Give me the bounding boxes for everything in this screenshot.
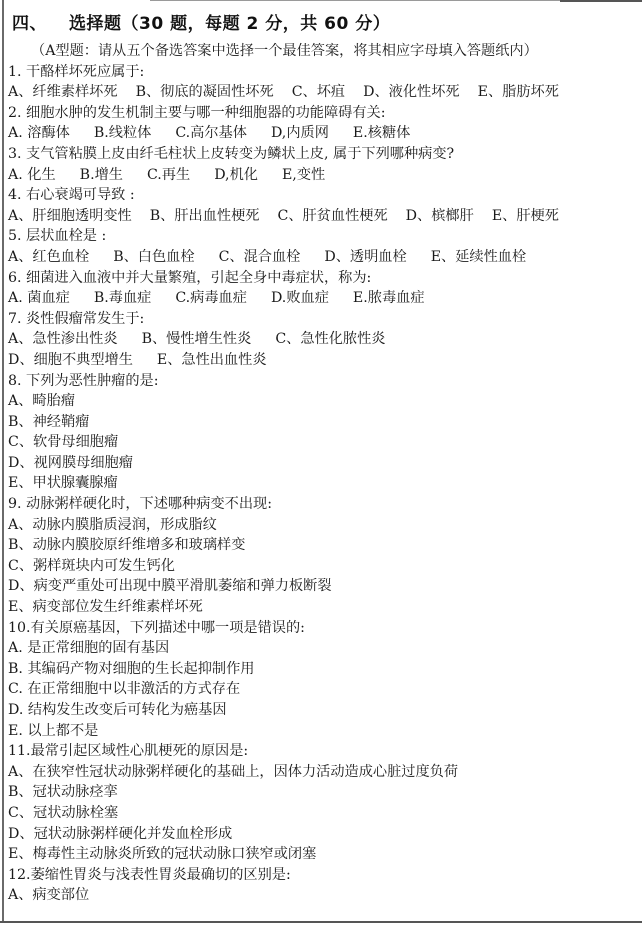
option-c: C. 在正常细胞中以非激活的方式存在 <box>8 679 638 700</box>
option-d: D,机化 <box>214 165 258 186</box>
option-row: A. 化生B.增生C.再生D,机化E,变性 <box>8 165 638 186</box>
option-d: D、视网膜母细胞瘤 <box>8 453 638 474</box>
option-c: C、急性化脓性炎 <box>275 329 385 350</box>
option-row: A、急性渗出性炎B、慢性增生性炎C、急性化脓性炎 <box>8 329 638 350</box>
option-e: E. 以上都不是 <box>8 721 638 742</box>
option-b: B.线粒体 <box>94 123 152 144</box>
option-b: B.毒血症 <box>94 288 152 309</box>
option-e: E、急性出血性炎 <box>157 350 267 371</box>
option-b: B、动脉内膜胶原纤维增多和玻璃样变 <box>8 535 638 556</box>
question-stem: 2. 细胞水肿的发生机制主要与哪一种细胞器的功能障碍有关: <box>8 103 638 124</box>
option-c: C.高尔基体 <box>175 123 247 144</box>
option-d: D、槟榔肝 <box>406 206 474 227</box>
question-stem: 11.最常引起区域性心肌梗死的原因是: <box>8 741 638 762</box>
section-heading: 四、选择题（30 题，每题 2 分，共 60 分） <box>12 9 390 34</box>
option-a: A. 化生 <box>8 165 56 186</box>
bottom-border-rule <box>0 921 642 923</box>
option-e: E、病变部位发生纤维素样坏死 <box>8 597 638 618</box>
option-c: C、混合血栓 <box>219 247 301 268</box>
option-row: A. 菌血症B.毒血症C.病毒血症D.败血症E.脓毒血症 <box>8 288 638 309</box>
question-stem: 4. 右心衰竭可导致 : <box>8 185 638 206</box>
option-row: A、纤维素样坏死B、彻底的凝固性坏死C、坏疽D、液化性坏死E、脂肪坏死 <box>8 82 638 103</box>
option-d: D.败血症 <box>271 288 329 309</box>
option-d: D、病变严重处可出现中膜平滑肌萎缩和弹力板断裂 <box>8 576 638 597</box>
option-e: E.脓毒血症 <box>353 288 425 309</box>
option-c: C.病毒血症 <box>175 288 247 309</box>
section-title: 选择题（30 题，每题 2 分，共 60 分） <box>69 14 390 34</box>
option-row: A. 溶酶体B.线粒体C.高尔基体D,内质网E.核糖体 <box>8 123 638 144</box>
top-border-rule-dark <box>560 0 642 2</box>
section-number: 四、 <box>12 14 47 34</box>
option-e: E、脂肪坏死 <box>478 82 559 103</box>
question-stem: 5. 层状血栓是 : <box>8 226 638 247</box>
option-e: E、延续性血栓 <box>431 247 526 268</box>
option-a: A、病变部位 <box>8 885 638 906</box>
option-a: A. 菌血症 <box>8 288 70 309</box>
option-a: A. 溶酶体 <box>8 123 70 144</box>
option-a: A、纤维素样坏死 <box>8 82 118 103</box>
option-a: A、红色血栓 <box>8 247 89 268</box>
option-d: D、透明血栓 <box>324 247 406 268</box>
option-a: A、在狭窄性冠状动脉粥样硬化的基础上，因体力活动造成心脏过度负荷 <box>8 762 638 783</box>
option-c: C、肝贫血性梗死 <box>278 206 388 227</box>
option-b: B、白色血栓 <box>113 247 194 268</box>
option-b: B. 其编码产物对细胞的生长起抑制作用 <box>8 659 638 680</box>
question-stem: 3. 支气管粘膜上皮由纤毛柱状上皮转变为鳞状上皮, 属于下列哪种病变? <box>8 144 638 165</box>
option-e: E,变性 <box>282 165 325 186</box>
question-stem: 12.萎缩性胃炎与浅表性胃炎最确切的区别是: <box>8 865 638 886</box>
option-b: B、彻底的凝固性坏死 <box>136 82 274 103</box>
option-row: A、肝细胞透明变性B、肝出血性梗死C、肝贫血性梗死D、槟榔肝E、肝梗死 <box>8 206 638 227</box>
option-e: E、甲状腺囊腺瘤 <box>8 473 638 494</box>
option-c: C.再生 <box>147 165 190 186</box>
option-b: B、肝出血性梗死 <box>150 206 260 227</box>
option-a: A、肝细胞透明变性 <box>8 206 132 227</box>
option-d: D. 结构发生改变后可转化为癌基因 <box>8 700 638 721</box>
option-e: E、梅毒性主动脉炎所致的冠状动脉口狭窄或闭塞 <box>8 844 638 865</box>
left-border-rule <box>2 0 4 922</box>
option-d: D、液化性坏死 <box>363 82 460 103</box>
option-c: C、软骨母细胞瘤 <box>8 432 638 453</box>
option-row: D、细胞不典型增生E、急性出血性炎 <box>8 350 638 371</box>
option-d: D、冠状动脉粥样硬化并发血栓形成 <box>8 824 638 845</box>
question-stem: 8. 下列为恶性肿瘤的是: <box>8 371 638 392</box>
option-c: C、冠状动脉栓塞 <box>8 803 638 824</box>
option-b: B、慢性增生性炎 <box>142 329 252 350</box>
option-a: A、急性渗出性炎 <box>8 329 118 350</box>
option-c: C、粥样斑块内可发生钙化 <box>8 556 638 577</box>
exam-page: 四、选择题（30 题，每题 2 分，共 60 分） （A型题：请从五个备选答案中… <box>0 0 642 929</box>
option-e: E、肝梗死 <box>492 206 559 227</box>
question-stem: 10.有关原癌基因，下列描述中哪一项是错误的: <box>8 618 638 639</box>
option-a: A、畸胎瘤 <box>8 391 638 412</box>
option-e: E.核糖体 <box>353 123 410 144</box>
option-c: C、坏疽 <box>292 82 345 103</box>
question-stem: 1. 干酪样坏死应属于: <box>8 62 638 83</box>
question-list: （A型题：请从五个备选答案中选择一个最佳答案，将其相应字母填入答题纸内） 1. … <box>8 41 638 906</box>
question-stem: 7. 炎性假瘤常发生于: <box>8 309 638 330</box>
option-d: D、细胞不典型增生 <box>8 350 133 371</box>
question-stem: 6. 细菌进入血液中并大量繁殖，引起全身中毒症状，称为: <box>8 268 638 289</box>
option-b: B、冠状动脉痉挛 <box>8 782 638 803</box>
option-row: A、红色血栓B、白色血栓C、混合血栓D、透明血栓E、延续性血栓 <box>8 247 638 268</box>
option-d: D,内质网 <box>271 123 329 144</box>
option-a: A. 是正常细胞的固有基因 <box>8 638 638 659</box>
question-stem: 9. 动脉粥样硬化时，下述哪种病变不出现: <box>8 494 638 515</box>
instruction-text: （A型题：请从五个备选答案中选择一个最佳答案，将其相应字母填入答题纸内） <box>8 41 638 62</box>
option-b: B.增生 <box>80 165 123 186</box>
option-a: A、动脉内膜脂质浸润，形成脂纹 <box>8 515 638 536</box>
option-b: B、神经鞘瘤 <box>8 412 638 433</box>
